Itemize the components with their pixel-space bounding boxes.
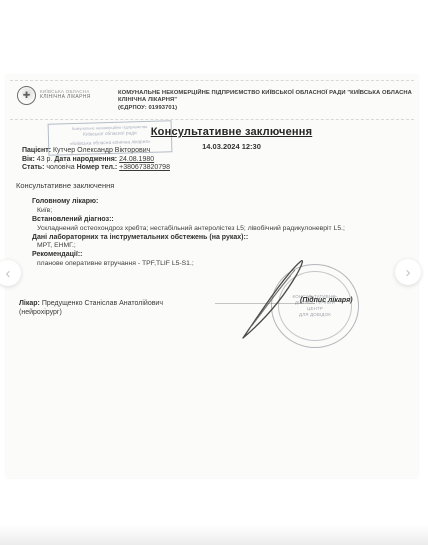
scanned-document-page: ✚ КИЇВСЬКА ОБЛАСНА КЛІНІЧНА ЛІКАРНЯ КОМУ…: [6, 75, 418, 478]
chevron-right-icon: ›: [406, 265, 411, 280]
field-value-lab-data: МРТ, ЕНМГ.;: [37, 242, 76, 249]
sex-value: чоловіча: [46, 164, 74, 171]
doctor-block: Лікар: Предущенко Станіслав Анатолійович…: [19, 299, 163, 317]
document-viewer: ✚ КИЇВСЬКА ОБЛАСНА КЛІНІЧНА ЛІКАРНЯ КОМУ…: [0, 0, 428, 545]
next-page-button[interactable]: ›: [395, 259, 421, 285]
handwritten-signature: [240, 258, 308, 342]
field-value-chief-doctor: Київ;: [37, 207, 52, 214]
age-value: 43 р.: [37, 156, 53, 163]
org-header-line-2: КЛІНІЧНА ЛІКАРНЯ": [118, 97, 418, 104]
hospital-logo-text: КИЇВСЬКА ОБЛАСНА КЛІНІЧНА ЛІКАРНЯ: [40, 89, 91, 100]
doctor-specialty: (нейрохірург): [19, 308, 163, 317]
signature-caption: (Підпис лікаря): [300, 297, 353, 304]
field-label-diagnosis: Встановлений діагноз::: [32, 216, 114, 223]
hospital-logo-icon: ✚: [17, 86, 36, 105]
doctor-name: Предущенко Станіслав Анатолійович: [42, 300, 163, 307]
patient-name: Кутчер Олександр Вікторович: [53, 147, 150, 154]
logo-line-2: КЛІНІЧНА ЛІКАРНЯ: [40, 95, 91, 101]
bottom-fade-strip: [0, 525, 428, 545]
chevron-left-icon: ‹: [6, 266, 11, 281]
patient-name-line: Пацієнт: Кутчер Олександр Вікторович: [22, 147, 170, 156]
dob-label: Дата народження:: [54, 156, 117, 163]
section-title: Консультативне заключення: [16, 181, 114, 190]
doctor-name-line: Лікар: Предущенко Станіслав Анатолійович: [19, 299, 163, 308]
patient-age-dob-line: Вік: 43 р. Дата народження: 24.08.1980: [22, 156, 170, 165]
dob-value: 24.08.1980: [119, 156, 154, 163]
patient-info-block: Пацієнт: Кутчер Олександр Вікторович Вік…: [22, 147, 170, 173]
org-header-line-3: (ЄДРПОУ: 01993701): [118, 105, 418, 112]
age-label: Вік:: [22, 156, 35, 163]
document-title: Консультативне заключення: [134, 126, 329, 138]
patient-sex-phone-line: Стать: чоловіча Номер тел.: +38067382079…: [22, 164, 170, 173]
field-value-recommendations: планове оперативне втручання - TPF,TLIF …: [37, 260, 194, 267]
doctor-label: Лікар:: [19, 300, 40, 307]
header-bottom-divider: [10, 119, 414, 120]
sex-label: Стать:: [22, 164, 44, 171]
field-label-lab-data: Дані лабораторних та інструметальних обс…: [32, 234, 248, 241]
header-top-divider: [10, 80, 414, 81]
field-label-recommendations: Рекомендації::: [32, 251, 83, 258]
org-header-line-1: КОМУНАЛЬНЕ НЕКОМЕРЦІЙНЕ ПІДПРИЄМСТВО КИЇ…: [118, 90, 418, 97]
organization-header: КОМУНАЛЬНЕ НЕКОМЕРЦІЙНЕ ПІДПРИЄМСТВО КИЇ…: [118, 90, 418, 112]
phone-label: Номер тел.:: [77, 164, 118, 171]
patient-label: Пацієнт:: [22, 147, 51, 154]
field-value-diagnosis: Ускладнений остеохондроз хребта; нестабі…: [37, 225, 345, 232]
phone-value: +380673820798: [119, 164, 170, 171]
field-label-chief-doctor: Головному лікарю:: [32, 198, 98, 205]
